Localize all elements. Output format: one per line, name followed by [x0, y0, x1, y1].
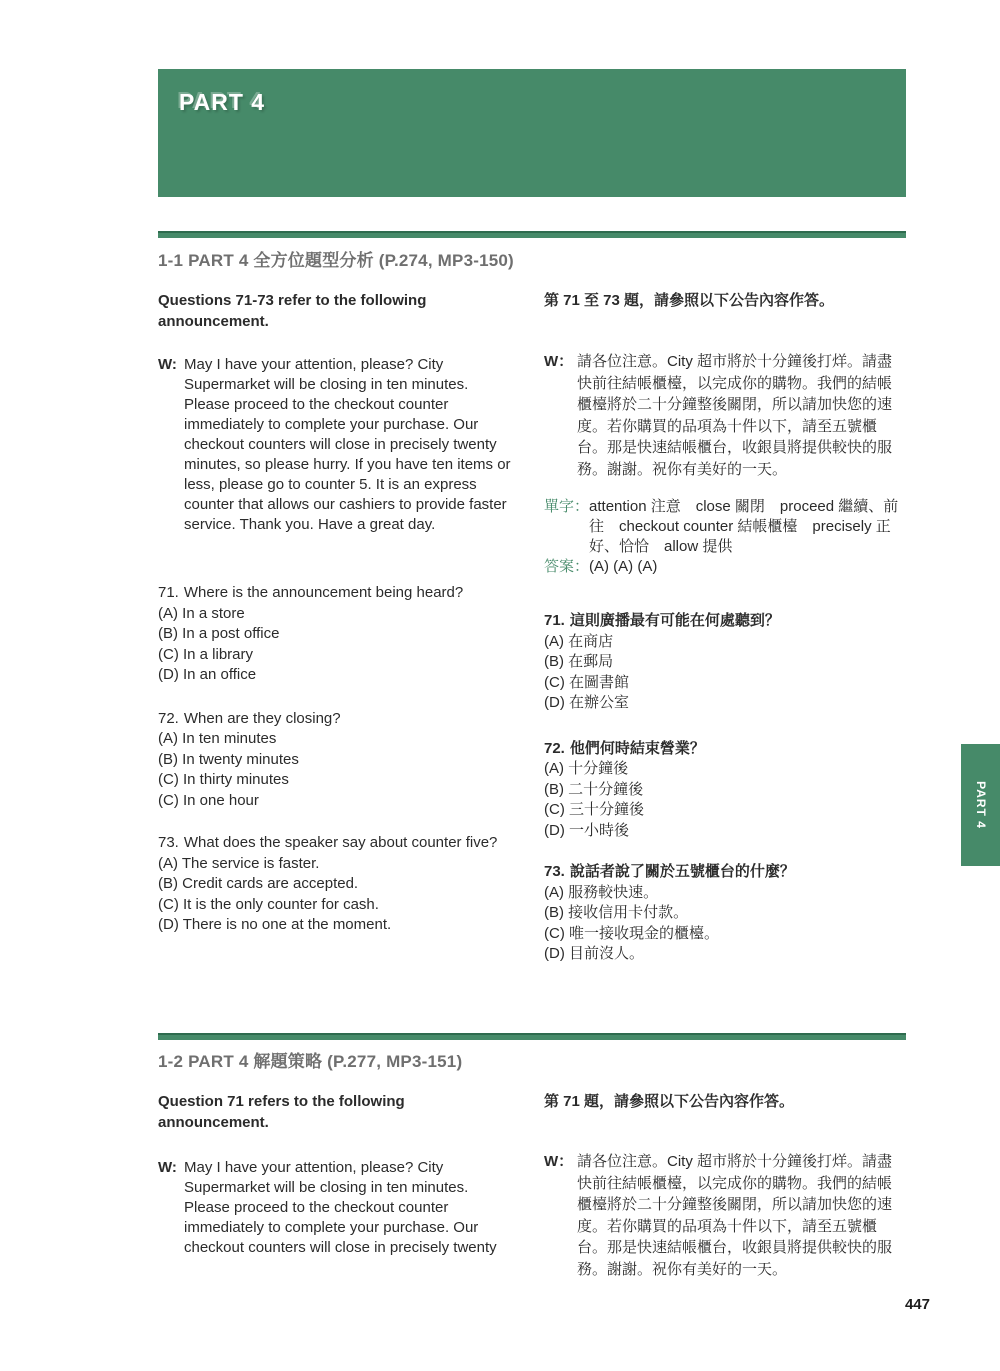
vocab-text: attention 注意 close 關閉 proceed 繼續、前往 chec…	[589, 498, 898, 555]
answer-line: 答案：(A) (A) (A)	[544, 557, 906, 577]
answer-option: (C) 三十分鐘後	[544, 800, 906, 821]
answer-option: (A) In a store	[158, 604, 518, 625]
section2-chinese-column: 第 71 題，請參照以下公告內容作答。 W： 請各位注意。City 超市將於十分…	[544, 1091, 906, 1280]
answer-label: 答案：	[544, 558, 589, 575]
speaker-label-w: W：	[544, 351, 577, 480]
question-number: 73.	[158, 834, 179, 851]
question-73-chinese: 73.說話者說了關於五號櫃台的什麼？ (A) 服務較快速。 (B) 接收信用卡付…	[544, 862, 906, 965]
answer-option: (A) The service is faster.	[158, 854, 518, 875]
answer-option: (A) In ten minutes	[158, 729, 518, 750]
answer-option: (C) In one hour	[158, 791, 518, 812]
answer-text: (A) (A) (A)	[589, 558, 657, 575]
answer-option: (A) 在商店	[544, 632, 906, 653]
page-number: 447	[870, 1296, 930, 1313]
section1-chinese-column: 第 71 至 73 題，請參照以下公告內容作答。 W： 請各位注意。City 超…	[544, 290, 906, 965]
question-text: When are they closing?	[184, 710, 341, 727]
vocab-label: 單字：	[544, 498, 589, 515]
question-73-chinese-text: 73.說話者說了關於五號櫃台的什麼？	[544, 862, 906, 883]
answer-option: (D) In an office	[158, 665, 518, 686]
question-number: 72.	[544, 740, 565, 757]
vocab-line: 單字：attention 注意 close 關閉 proceed 繼續、前往 c…	[544, 497, 906, 557]
speaker-label-w: W：	[544, 1151, 577, 1280]
question-71-english: 71.Where is the announcement being heard…	[158, 583, 518, 686]
answer-option: (C) In thirty minutes	[158, 770, 518, 791]
part4-side-tab: PART 4	[961, 744, 1000, 866]
section1-english-column: Questions 71-73 refer to the following a…	[158, 290, 518, 965]
answer-option: (D) 一小時後	[544, 821, 906, 842]
answer-option: (B) 二十分鐘後	[544, 780, 906, 801]
answer-option: (B) In twenty minutes	[158, 750, 518, 771]
answer-option: (B) In a post office	[158, 624, 518, 645]
section1-chinese-transcript: 請各位注意。City 超市將於十分鐘後打烊。請盡快前往結帳櫃檯，以完成你的購物。…	[577, 351, 906, 480]
question-text: What does the speaker say about counter …	[184, 834, 498, 851]
question-text: 這則廣播最有可能在何處聽到？	[570, 612, 780, 629]
section2-english-column: Question 71 refers to the following anno…	[158, 1091, 518, 1280]
question-72-chinese: 72.他們何時結束營業？ (A) 十分鐘後 (B) 二十分鐘後 (C) 三十分鐘…	[544, 739, 906, 842]
answer-option: (B) Credit cards are accepted.	[158, 874, 518, 895]
question-71-chinese-text: 71.這則廣播最有可能在何處聽到？	[544, 611, 906, 632]
section1-chinese-transcript-block: W： 請各位注意。City 超市將於十分鐘後打烊。請盡快前往結帳櫃檯，以完成你的…	[544, 351, 906, 480]
question-73-english-text: 73.What does the speaker say about count…	[158, 833, 518, 854]
question-text: 說話者說了關於五號櫃台的什麼？	[570, 863, 795, 880]
section2-columns: Question 71 refers to the following anno…	[158, 1091, 906, 1280]
section1-english-intro: Questions 71-73 refer to the following a…	[158, 290, 518, 332]
answer-option: (B) 接收信用卡付款。	[544, 903, 906, 924]
question-72-english-text: 72.When are they closing?	[158, 709, 518, 730]
section2-divider-bar	[158, 1033, 906, 1040]
answer-option: (C) 在圖書館	[544, 673, 906, 694]
answer-option: (D) 目前沒人。	[544, 944, 906, 965]
section2-english-intro: Question 71 refers to the following anno…	[158, 1091, 518, 1133]
question-72-english: 72.When are they closing? (A) In ten min…	[158, 709, 518, 812]
part4-side-tab-label: PART 4	[974, 781, 988, 829]
answer-option: (A) 服務較快速。	[544, 883, 906, 904]
section1-english-transcript: May I have your attention, please? City …	[184, 355, 518, 535]
part-banner: PART 4	[158, 69, 906, 197]
section2-chinese-transcript-block: W： 請各位注意。City 超市將於十分鐘後打烊。請盡快前往結帳櫃檯，以完成你的…	[544, 1151, 906, 1280]
answer-option: (D) There is no one at the moment.	[158, 915, 518, 936]
answer-option: (D) 在辦公室	[544, 693, 906, 714]
question-number: 73.	[544, 863, 565, 880]
question-number: 71.	[544, 612, 565, 629]
question-number: 71.	[158, 584, 179, 601]
speaker-label-w: W:	[158, 355, 184, 535]
section1-heading: 1-1 PART 4 全方位題型分析 (P.274, MP3-150)	[158, 246, 514, 271]
part-banner-title: PART 4	[179, 89, 265, 116]
answer-option: (C) It is the only counter for cash.	[158, 895, 518, 916]
answer-option: (B) 在郵局	[544, 652, 906, 673]
section1-columns: Questions 71-73 refer to the following a…	[158, 290, 906, 965]
question-73-english: 73.What does the speaker say about count…	[158, 833, 518, 936]
answer-option: (C) In a library	[158, 645, 518, 666]
question-text: Where is the announcement being heard?	[184, 584, 463, 601]
book-page: PART 4 1-1 PART 4 全方位題型分析 (P.274, MP3-15…	[0, 0, 1000, 1371]
section2-english-transcript: May I have your attention, please? City …	[184, 1158, 518, 1258]
section2-english-transcript-block: W: May I have your attention, please? Ci…	[158, 1158, 518, 1258]
section1-divider-bar	[158, 231, 906, 238]
question-71-english-text: 71.Where is the announcement being heard…	[158, 583, 518, 604]
answer-option: (C) 唯一接收現金的櫃檯。	[544, 924, 906, 945]
section1-chinese-intro: 第 71 至 73 題，請參照以下公告內容作答。	[544, 290, 906, 311]
section2-heading: 1-2 PART 4 解題策略 (P.277, MP3-151)	[158, 1047, 462, 1072]
answer-option: (A) 十分鐘後	[544, 759, 906, 780]
question-71-chinese: 71.這則廣播最有可能在何處聽到？ (A) 在商店 (B) 在郵局 (C) 在圖…	[544, 611, 906, 714]
section2-chinese-intro: 第 71 題，請參照以下公告內容作答。	[544, 1091, 906, 1112]
speaker-label-w: W:	[158, 1158, 184, 1258]
question-72-chinese-text: 72.他們何時結束營業？	[544, 739, 906, 760]
question-number: 72.	[158, 710, 179, 727]
question-text: 他們何時結束營業？	[570, 740, 705, 757]
section1-english-transcript-block: W: May I have your attention, please? Ci…	[158, 355, 518, 535]
section2-chinese-transcript: 請各位注意。City 超市將於十分鐘後打烊。請盡快前往結帳櫃檯，以完成你的購物。…	[577, 1151, 906, 1280]
